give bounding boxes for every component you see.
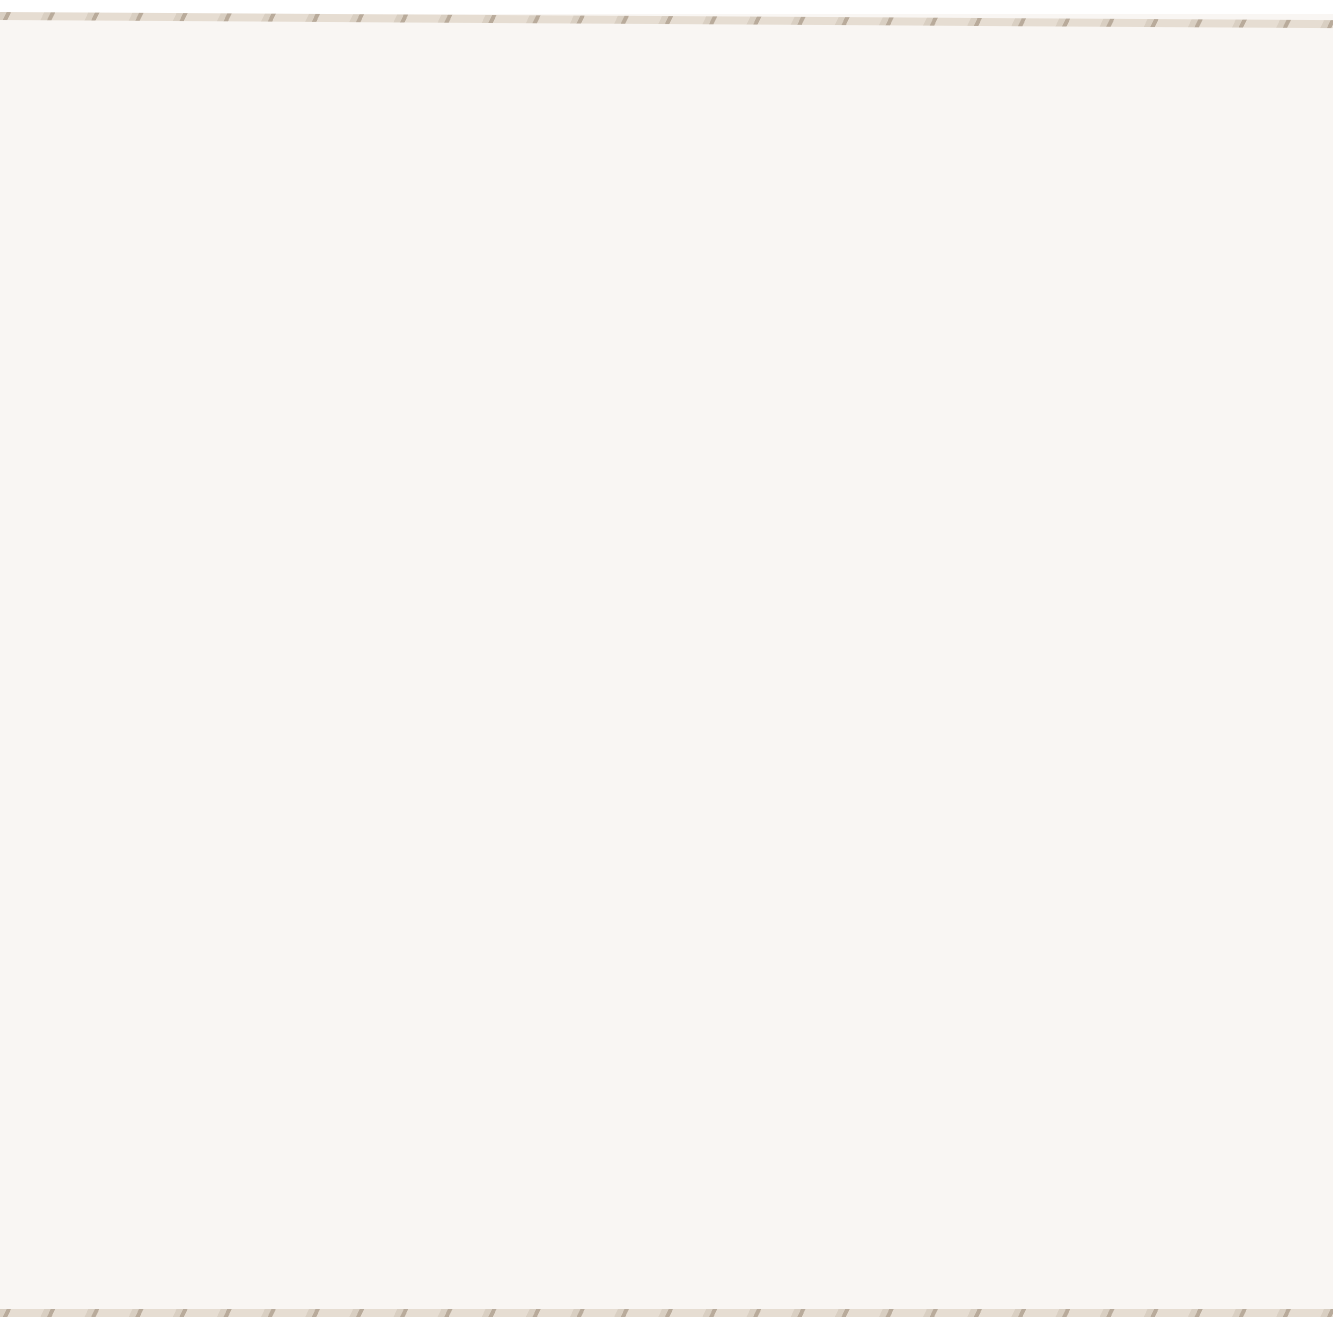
worn-speckles: [0, 14, 1333, 1315]
rug-photo: [0, 14, 1333, 1315]
bottom-binding-edge: [0, 1309, 1333, 1317]
